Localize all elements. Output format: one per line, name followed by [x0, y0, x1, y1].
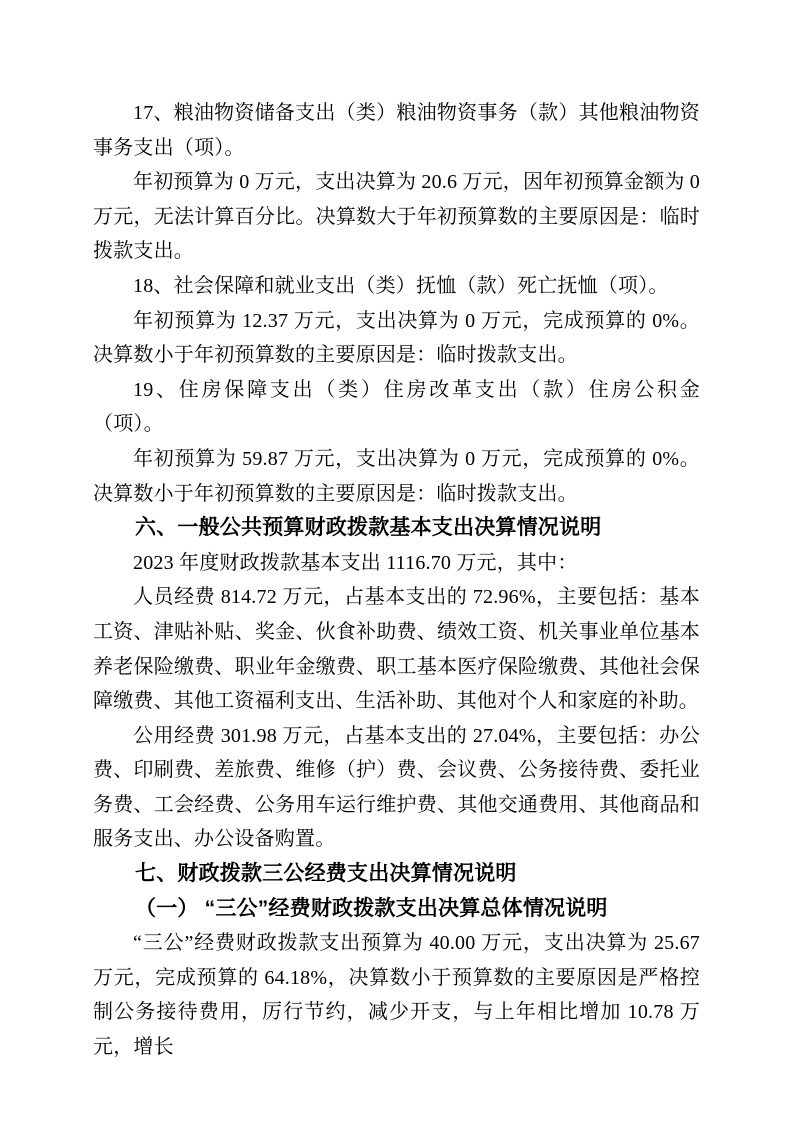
paragraph-item-17-detail: 年初预算为 0 万元，支出决算为 20.6 万元，因年初预算金额为 0 万元，无… [93, 165, 700, 269]
paragraph-item-17-title: 17、粮油物资储备支出（类）粮油物资事务（款）其他粮油物资事务支出（项）。 [93, 96, 700, 165]
document-content: 17、粮油物资储备支出（类）粮油物资事务（款）其他粮油物资事务支出（项）。年初预… [93, 96, 700, 1065]
paragraph-public-expense: 公用经费 301.98 万元，占基本支出的 27.04%，主要包括：办公费、印刷… [93, 719, 700, 857]
document-page: 17、粮油物资储备支出（类）粮油物资事务（款）其他粮油物资事务支出（项）。年初预… [0, 0, 793, 1122]
paragraph-item-19-title: 19、住房保障支出（类）住房改革支出（款）住房公积金（项）。 [93, 373, 700, 442]
paragraph-item-18-title: 18、社会保障和就业支出（类）抚恤（款）死亡抚恤（项）。 [93, 269, 700, 304]
section-heading-7: 七、财政拨款三公经费支出决算情况说明 [93, 857, 700, 892]
paragraph-sangong-overview: “三公”经费财政拨款支出预算为 40.00 万元，支出决算为 25.67 万元，… [93, 926, 700, 1064]
subsection-heading-7-1: （一） “三公”经费财政拨款支出决算总体情况说明 [93, 892, 700, 927]
section-heading-6: 六、一般公共预算财政拨款基本支出决算情况说明 [93, 511, 700, 546]
paragraph-item-19-detail: 年初预算为 59.87 万元，支出决算为 0 万元，完成预算的 0%。决算数小于… [93, 442, 700, 511]
paragraph-basic-expense-total: 2023 年度财政拨款基本支出 1116.70 万元，其中： [93, 546, 700, 581]
paragraph-personnel-expense: 人员经费 814.72 万元，占基本支出的 72.96%，主要包括：基本工资、津… [93, 580, 700, 718]
paragraph-item-18-detail: 年初预算为 12.37 万元，支出决算为 0 万元，完成预算的 0%。决算数小于… [93, 304, 700, 373]
